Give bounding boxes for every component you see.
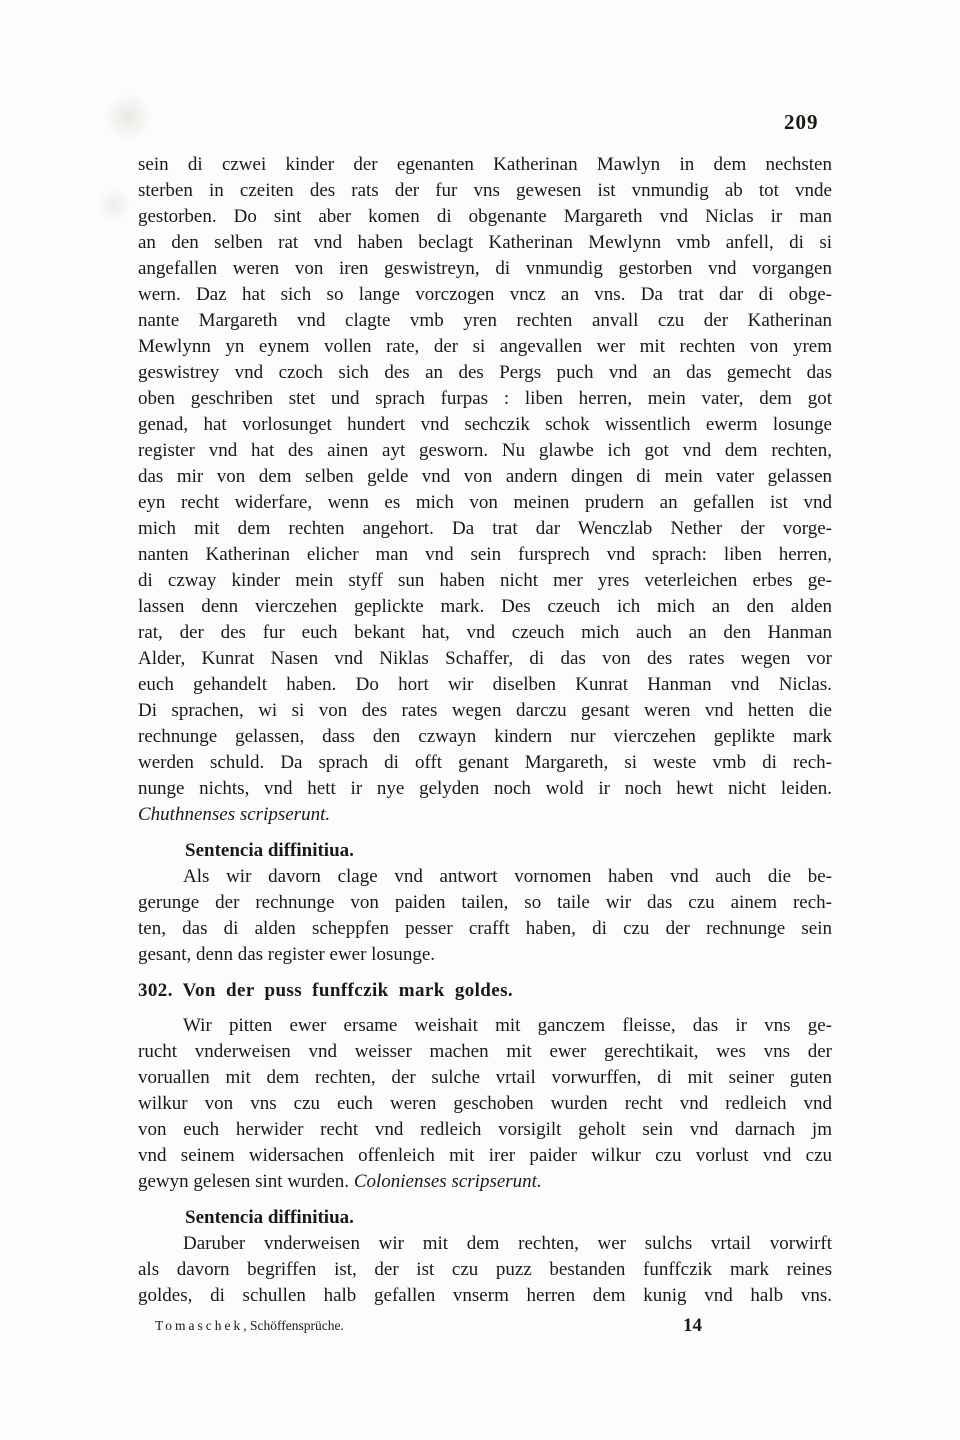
text-segment: oben geschriben stet und sprach furpas :… xyxy=(138,388,832,409)
text-line: an den selben rat vnd haben beclagt Kath… xyxy=(138,230,832,256)
text-line: von euch herwider recht vnd redleich vor… xyxy=(138,1117,832,1143)
text-line: vnd seinem widersachen offenleich mit ir… xyxy=(138,1143,832,1169)
text-segment: sterben in czeiten des rats der fur vns … xyxy=(138,180,832,201)
text-line: nunge nichts, vnd hett ir nye gelyden no… xyxy=(138,776,832,802)
text-segment: an den selben rat vnd haben beclagt Kath… xyxy=(138,232,832,253)
scanned-book-page: 209 sein di czwei kinder der egenanten K… xyxy=(0,0,960,1440)
text-segment: das mir von dem selben gelde vnd von and… xyxy=(138,466,832,487)
text-line: gerunge der rechnunge von paiden tailen,… xyxy=(138,890,832,916)
text-segment: mich mit dem rechten angehort. Da trat d… xyxy=(138,518,832,539)
text-line: sterben in czeiten des rats der fur vns … xyxy=(138,178,832,204)
text-line: genad, hat vorlosunget hundert vnd sechc… xyxy=(138,412,832,438)
text-line: rechnunge gelassen, dass den czwayn kind… xyxy=(138,724,832,750)
text-segment: Di sprachen, wi si von des rates wegen d… xyxy=(138,700,832,721)
text-segment: sein di czwei kinder der egenanten Kathe… xyxy=(138,154,832,175)
footer-publisher-title: , Schöffensprüche. xyxy=(243,1318,344,1333)
paragraph: sein di czwei kinder der egenanten Kathe… xyxy=(138,152,832,828)
footer-publisher-author: Tomaschek xyxy=(155,1318,243,1333)
text-segment: eyn recht widerfare, wenn es mich von me… xyxy=(138,492,832,513)
text-line: register vnd hat des ainen ayt gesworn. … xyxy=(138,438,832,464)
text-line: eyn recht widerfare, wenn es mich von me… xyxy=(138,490,832,516)
text-segment: werden schuld. Da sprach di offt genant … xyxy=(138,752,832,773)
text-segment: rat, der des fur euch bekant hat, vnd cz… xyxy=(138,622,832,643)
text-segment: rucht vnderweisen vnd weisser machen mit… xyxy=(138,1041,832,1062)
text-line: voruallen mit dem rechten, der sulche vr… xyxy=(138,1065,832,1091)
text-segment: rechnunge gelassen, dass den czwayn kind… xyxy=(138,726,832,747)
text-line: gestorben. Do sint aber komen di obgenan… xyxy=(138,204,832,230)
text-line: angefallen weren von iren geswistreyn, d… xyxy=(138,256,832,282)
text-segment: Als wir davorn clage vnd antwort vornome… xyxy=(183,866,832,887)
latin-phrase: Colonienses scripserunt. xyxy=(354,1171,542,1192)
text-segment: gewyn gelesen sint wurden. xyxy=(138,1171,354,1192)
text-line: gesant, denn das register ewer losunge. xyxy=(138,942,832,968)
text-line: Mewlynn yn eynem vollen rate, der si ang… xyxy=(138,334,832,360)
text-line: Alder, Kunrat Nasen vnd Niklas Schaffer,… xyxy=(138,646,832,672)
section-heading: Sentencia diffinitiua. xyxy=(138,838,832,864)
text-line: rucht vnderweisen vnd weisser machen mit… xyxy=(138,1039,832,1065)
text-line: mich mit dem rechten angehort. Da trat d… xyxy=(138,516,832,542)
text-line: wern. Daz hat sich so lange vorczogen vn… xyxy=(138,282,832,308)
text-line: wilkur von vns czu euch weren geschoben … xyxy=(138,1091,832,1117)
text-line: Chuthnenses scripserunt. xyxy=(138,802,832,828)
paper-blemish xyxy=(103,93,153,141)
text-line: nante Margareth vnd clagte vmb yren rech… xyxy=(138,308,832,334)
text-segment: wilkur von vns czu euch weren geschoben … xyxy=(138,1093,832,1114)
text-segment: nunge nichts, vnd hett ir nye gelyden no… xyxy=(138,778,832,799)
text-line: ten, das di alden scheppfen pesser craff… xyxy=(138,916,832,942)
text-segment: wern. Daz hat sich so lange vorczogen vn… xyxy=(138,284,832,305)
text-line: sein di czwei kinder der egenanten Kathe… xyxy=(138,152,832,178)
section-heading: Sentencia diffinitiua. xyxy=(138,1205,832,1231)
text-segment: euch gehandelt haben. Do hort wir diselb… xyxy=(138,674,832,695)
text-line: werden schuld. Da sprach di offt genant … xyxy=(138,750,832,776)
latin-phrase: Chuthnenses scripserunt. xyxy=(138,804,330,825)
text-segment: nanten Katherinan elicher man vnd sein f… xyxy=(138,544,832,565)
text-segment: register vnd hat des ainen ayt gesworn. … xyxy=(138,440,832,461)
text-line: Wir pitten ewer ersame weishait mit ganc… xyxy=(138,1013,832,1039)
text-line: oben geschriben stet und sprach furpas :… xyxy=(138,386,832,412)
text-line: als davorn begriffen ist, der ist czu pu… xyxy=(138,1257,832,1283)
text-segment: gerunge der rechnunge von paiden tailen,… xyxy=(138,892,832,913)
text-line: lassen denn vierczehen geplickte mark. D… xyxy=(138,594,832,620)
text-line: di czway kinder mein styff sun haben nic… xyxy=(138,568,832,594)
page-number: 209 xyxy=(784,110,819,135)
text-segment: angefallen weren von iren geswistreyn, d… xyxy=(138,258,832,279)
text-segment: gesant, denn das register ewer losunge. xyxy=(138,944,435,965)
text-segment: ten, das di alden scheppfen pesser craff… xyxy=(138,918,832,939)
text-segment: vnd seinem widersachen offenleich mit ir… xyxy=(138,1145,832,1166)
text-segment: voruallen mit dem rechten, der sulche vr… xyxy=(138,1067,832,1088)
text-segment: von euch herwider recht vnd redleich vor… xyxy=(138,1119,832,1140)
paragraph: Als wir davorn clage vnd antwort vornome… xyxy=(138,864,832,968)
text-segment: als davorn begriffen ist, der ist czu pu… xyxy=(138,1259,832,1280)
text-segment: Wir pitten ewer ersame weishait mit ganc… xyxy=(183,1015,832,1036)
text-block: sein di czwei kinder der egenanten Kathe… xyxy=(138,152,832,1339)
text-line: rat, der des fur euch bekant hat, vnd cz… xyxy=(138,620,832,646)
text-segment: Mewlynn yn eynem vollen rate, der si ang… xyxy=(138,336,832,357)
paragraph: Daruber vnderweisen wir mit dem rechten,… xyxy=(138,1231,832,1309)
text-segment: genad, hat vorlosunget hundert vnd sechc… xyxy=(138,414,832,435)
text-segment: goldes, di schullen halb gefallen vnserm… xyxy=(138,1285,832,1306)
text-line: Als wir davorn clage vnd antwort vornome… xyxy=(138,864,832,890)
paragraph: Wir pitten ewer ersame weishait mit ganc… xyxy=(138,1013,832,1195)
text-line: euch gehandelt haben. Do hort wir diselb… xyxy=(138,672,832,698)
page-footer: Tomaschek, Schöffensprüche. 14 xyxy=(138,1313,832,1339)
text-segment: di czway kinder mein styff sun haben nic… xyxy=(138,570,832,591)
section-heading: 302. Von der puss funffczik mark goldes. xyxy=(138,978,832,1004)
text-segment: nante Margareth vnd clagte vmb yren rech… xyxy=(138,310,832,331)
text-line: nanten Katherinan elicher man vnd sein f… xyxy=(138,542,832,568)
text-segment: gestorben. Do sint aber komen di obgenan… xyxy=(138,206,832,227)
paper-blemish xyxy=(96,188,132,222)
footer-signature-mark: 14 xyxy=(683,1313,702,1339)
text-line: Daruber vnderweisen wir mit dem rechten,… xyxy=(138,1231,832,1257)
text-line: das mir von dem selben gelde vnd von and… xyxy=(138,464,832,490)
text-line: goldes, di schullen halb gefallen vnserm… xyxy=(138,1283,832,1309)
text-segment: Alder, Kunrat Nasen vnd Niklas Schaffer,… xyxy=(138,648,832,669)
text-line: gewyn gelesen sint wurden. Colonienses s… xyxy=(138,1169,832,1195)
text-segment: geswistrey vnd czoch sich des an des Per… xyxy=(138,362,832,383)
text-segment: Daruber vnderweisen wir mit dem rechten,… xyxy=(183,1233,832,1254)
text-line: geswistrey vnd czoch sich des an des Per… xyxy=(138,360,832,386)
footer-publisher: Tomaschek, Schöffensprüche. xyxy=(155,1313,344,1339)
text-line: Di sprachen, wi si von des rates wegen d… xyxy=(138,698,832,724)
text-segment: lassen denn vierczehen geplickte mark. D… xyxy=(138,596,832,617)
